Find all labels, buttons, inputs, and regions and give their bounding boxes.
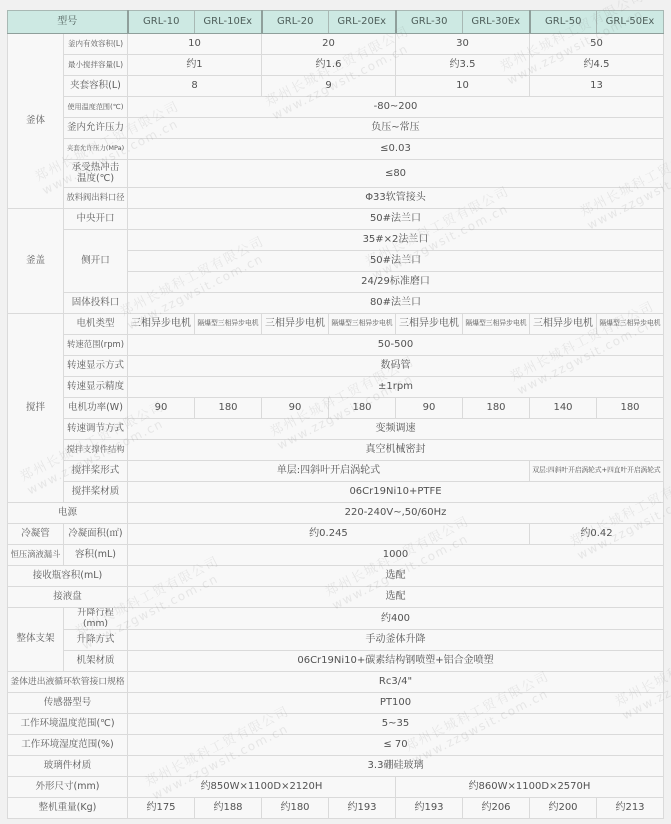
spec-value-cell: 24/29标准磨口 [128, 272, 664, 293]
spec-value-cell: 140 [530, 398, 597, 419]
param-label-cell: 玻璃件材质 [8, 756, 128, 777]
spec-value-cell: 50-500 [128, 335, 664, 356]
model-header-cell: 型号 [8, 11, 128, 34]
spec-value-cell: 10 [396, 76, 530, 97]
spec-row: 整机重量(Kg)约175约188约180约193约193约206约200约213 [8, 798, 664, 819]
spec-row: 转速显示精度±1rpm [8, 377, 664, 398]
spec-value-cell: 约188 [195, 798, 262, 819]
spec-value-cell: 三相异步电机 [128, 314, 195, 335]
spec-value-cell: 20 [262, 34, 396, 55]
spec-value-cell: 三相异步电机 [396, 314, 463, 335]
spec-row: 工作环境湿度范围(%)≤ 70 [8, 735, 664, 756]
spec-value-cell: 50#法兰口 [128, 251, 664, 272]
spec-value-cell: 约3.5 [396, 55, 530, 76]
spec-value-cell: ±1rpm [128, 377, 664, 398]
param-label-cell: 电源 [8, 503, 128, 524]
spec-value-cell: 约175 [128, 798, 195, 819]
spec-value-cell: 50#法兰口 [128, 209, 664, 230]
model-name-cell: GRL-50Ex [597, 11, 664, 34]
spec-value-cell: 约206 [463, 798, 530, 819]
spec-row: 接收瓶容积(mL)选配 [8, 566, 664, 587]
param-label-cell: 工作环境湿度范围(%) [8, 735, 128, 756]
spec-value-cell: 约0.42 [530, 524, 664, 545]
spec-row: 转速显示方式数码管 [8, 356, 664, 377]
spec-value-cell: 约1 [128, 55, 262, 76]
spec-value-cell: 选配 [128, 587, 664, 608]
param-label-cell: 转速显示精度 [64, 377, 128, 398]
spec-value-cell: 1000 [128, 545, 664, 566]
spec-row: 夹套容积(L)891013 [8, 76, 664, 97]
spec-row: 最小搅拌容量(L)约1约1.6约3.5约4.5 [8, 55, 664, 76]
param-label-cell: 中央开口 [64, 209, 128, 230]
param-label-cell: 使用温度范围(℃) [64, 97, 128, 118]
spec-value-cell: 手动釜体升降 [128, 630, 664, 651]
param-label-cell: 放料阀出料口径 [64, 188, 128, 209]
model-name-cell: GRL-50 [530, 11, 597, 34]
spec-value-cell: 06Cr19Ni10+PTFE [128, 482, 664, 503]
model-header-row: 型号GRL-10GRL-10ExGRL-20GRL-20ExGRL-30GRL-… [8, 11, 664, 34]
spec-value-cell: 数码管 [128, 356, 664, 377]
spec-value-cell: Φ33软管接头 [128, 188, 664, 209]
spec-value-cell: 三相异步电机 [530, 314, 597, 335]
spec-value-cell: 180 [463, 398, 530, 419]
group-label-cell: 搅拌 [8, 314, 64, 503]
spec-value-cell: 30 [396, 34, 530, 55]
param-label-cell: 电机功率(W) [64, 398, 128, 419]
spec-value-cell: 约860W×1100D×2570H [396, 777, 664, 798]
spec-value-cell: 约1.6 [262, 55, 396, 76]
spec-row: 釜盖中央开口50#法兰口 [8, 209, 664, 230]
spec-row: 电机功率(W)901809018090180140180 [8, 398, 664, 419]
param-label-cell: 夹套允许压力(MPa) [64, 139, 128, 160]
spec-value-cell: 90 [262, 398, 329, 419]
model-name-cell: GRL-20Ex [329, 11, 396, 34]
param-label-cell: 转速调节方式 [64, 419, 128, 440]
spec-row: 侧开口35#×2法兰口 [8, 230, 664, 251]
spec-row: 玻璃件材质3.3硼硅玻璃 [8, 756, 664, 777]
param-label-cell: 承受热冲击 温度(℃) [64, 160, 128, 188]
spec-value-cell: 负压~常压 [128, 118, 664, 139]
param-label-cell: 搅拌桨材质 [64, 482, 128, 503]
model-name-cell: GRL-10Ex [195, 11, 262, 34]
group-label-cell: 釜盖 [8, 209, 64, 314]
spec-value-cell: 90 [396, 398, 463, 419]
spec-value-cell: 220-240V~,50/60Hz [128, 503, 664, 524]
param-label-cell: 外形尺寸(mm) [8, 777, 128, 798]
param-label-cell: 冷凝面积(㎡) [64, 524, 128, 545]
spec-row: 升降方式手动釜体升降 [8, 630, 664, 651]
spec-row: 机架材质06Cr19Ni10+碳素结构钢喷塑+铝合金喷塑 [8, 651, 664, 672]
spec-value-cell: 9 [262, 76, 396, 97]
spec-row: 夹套允许压力(MPa)≤0.03 [8, 139, 664, 160]
model-name-cell: GRL-20 [262, 11, 329, 34]
spec-value-cell: 约193 [396, 798, 463, 819]
param-label-cell: 接液盘 [8, 587, 128, 608]
param-label-cell: 夹套容积(L) [64, 76, 128, 97]
group-label-cell: 恒压滴液漏斗 [8, 545, 64, 566]
spec-value-cell: 隔爆型三相异步电机 [597, 314, 664, 335]
param-label-cell: 釜内有效容积(L) [64, 34, 128, 55]
spec-row: 釜内允许压力负压~常压 [8, 118, 664, 139]
spec-row: 冷凝管冷凝面积(㎡)约0.245约0.42 [8, 524, 664, 545]
spec-value-cell: 约213 [597, 798, 664, 819]
spec-value-cell: ≤0.03 [128, 139, 664, 160]
group-label-cell: 冷凝管 [8, 524, 64, 545]
param-label-cell: 釜内允许压力 [64, 118, 128, 139]
spec-value-cell: 约0.245 [128, 524, 530, 545]
spec-row: 釜体釜内有效容积(L)10203050 [8, 34, 664, 55]
spec-value-cell: -80~200 [128, 97, 664, 118]
spec-value-cell: 隔爆型三相异步电机 [463, 314, 530, 335]
param-label-cell: 固体投料口 [64, 293, 128, 314]
spec-value-cell: 3.3硼硅玻璃 [128, 756, 664, 777]
param-label-cell: 接收瓶容积(mL) [8, 566, 128, 587]
spec-row: 恒压滴液漏斗容积(mL)1000 [8, 545, 664, 566]
spec-value-cell: ≤ 70 [128, 735, 664, 756]
spec-sheet: 型号GRL-10GRL-10ExGRL-20GRL-20ExGRL-30GRL-… [7, 10, 664, 819]
spec-value-cell: 选配 [128, 566, 664, 587]
param-label-cell: 最小搅拌容量(L) [64, 55, 128, 76]
param-label-cell: 转速显示方式 [64, 356, 128, 377]
spec-row: 搅拌桨形式单层:四斜叶开启涡轮式双层:四斜叶开启涡轮式+四直叶开启涡轮式 [8, 461, 664, 482]
param-label-cell: 搅拌支撑件结构 [64, 440, 128, 461]
param-label-cell: 搅拌桨形式 [64, 461, 128, 482]
param-label-cell: 机架材质 [64, 651, 128, 672]
spec-value-cell: 50 [530, 34, 664, 55]
spec-row: 接液盘选配 [8, 587, 664, 608]
spec-row: 整体支架升降行程(mm)约400 [8, 608, 664, 630]
spec-row: 搅拌桨材质06Cr19Ni10+PTFE [8, 482, 664, 503]
spec-value-cell: Rc3/4" [128, 672, 664, 693]
spec-value-cell: 双层:四斜叶开启涡轮式+四直叶开启涡轮式 [530, 461, 664, 482]
spec-value-cell: 三相异步电机 [262, 314, 329, 335]
spec-value-cell: 真空机械密封 [128, 440, 664, 461]
param-label-cell: 升降行程(mm) [64, 608, 128, 630]
param-label-cell: 传感器型号 [8, 693, 128, 714]
group-label-cell: 釜体 [8, 34, 64, 209]
spec-row: 转速范围(rpm)50-500 [8, 335, 664, 356]
spec-value-cell: 约193 [329, 798, 396, 819]
spec-row: 搅拌电机类型三相异步电机隔爆型三相异步电机三相异步电机隔爆型三相异步电机三相异步… [8, 314, 664, 335]
spec-row: 工作环境温度范围(℃)5~35 [8, 714, 664, 735]
spec-value-cell: 约400 [128, 608, 664, 630]
spec-value-cell: 180 [329, 398, 396, 419]
spec-row: 放料阀出料口径Φ33软管接头 [8, 188, 664, 209]
spec-value-cell: 180 [195, 398, 262, 419]
model-name-cell: GRL-30Ex [463, 11, 530, 34]
spec-row: 转速调节方式变频调速 [8, 419, 664, 440]
spec-value-cell: 隔爆型三相异步电机 [329, 314, 396, 335]
param-label-cell: 整机重量(Kg) [8, 798, 128, 819]
model-name-cell: GRL-30 [396, 11, 463, 34]
spec-row: 使用温度范围(℃)-80~200 [8, 97, 664, 118]
spec-value-cell: 单层:四斜叶开启涡轮式 [128, 461, 530, 482]
param-label-cell: 侧开口 [64, 230, 128, 293]
spec-value-cell: 180 [597, 398, 664, 419]
group-label-cell: 整体支架 [8, 608, 64, 672]
model-name-cell: GRL-10 [128, 11, 195, 34]
spec-row: 传感器型号PT100 [8, 693, 664, 714]
spec-value-cell: 约180 [262, 798, 329, 819]
param-label-cell: 釜体进出液循环软管接口规格 [8, 672, 128, 693]
spec-row: 固体投料口80#法兰口 [8, 293, 664, 314]
spec-row: 外形尺寸(mm)约850W×1100D×2120H约860W×1100D×257… [8, 777, 664, 798]
spec-row: 搅拌支撑件结构真空机械密封 [8, 440, 664, 461]
spec-value-cell: 10 [128, 34, 262, 55]
param-label-cell: 电机类型 [64, 314, 128, 335]
param-label-cell: 升降方式 [64, 630, 128, 651]
param-label-cell: 转速范围(rpm) [64, 335, 128, 356]
spec-row: 电源220-240V~,50/60Hz [8, 503, 664, 524]
spec-value-cell: 06Cr19Ni10+碳素结构钢喷塑+铝合金喷塑 [128, 651, 664, 672]
spec-value-cell: ≤80 [128, 160, 664, 188]
spec-value-cell: 变频调速 [128, 419, 664, 440]
spec-value-cell: 约850W×1100D×2120H [128, 777, 396, 798]
spec-value-cell: 80#法兰口 [128, 293, 664, 314]
spec-value-cell: 8 [128, 76, 262, 97]
spec-value-cell: 约4.5 [530, 55, 664, 76]
spec-table: 型号GRL-10GRL-10ExGRL-20GRL-20ExGRL-30GRL-… [7, 10, 664, 819]
spec-value-cell: 35#×2法兰口 [128, 230, 664, 251]
spec-value-cell: 13 [530, 76, 664, 97]
spec-value-cell: 90 [128, 398, 195, 419]
param-label-cell: 工作环境温度范围(℃) [8, 714, 128, 735]
spec-row: 釜体进出液循环软管接口规格Rc3/4" [8, 672, 664, 693]
spec-value-cell: PT100 [128, 693, 664, 714]
spec-value-cell: 隔爆型三相异步电机 [195, 314, 262, 335]
spec-row: 承受热冲击 温度(℃)≤80 [8, 160, 664, 188]
spec-value-cell: 约200 [530, 798, 597, 819]
spec-value-cell: 5~35 [128, 714, 664, 735]
param-label-cell: 容积(mL) [64, 545, 128, 566]
